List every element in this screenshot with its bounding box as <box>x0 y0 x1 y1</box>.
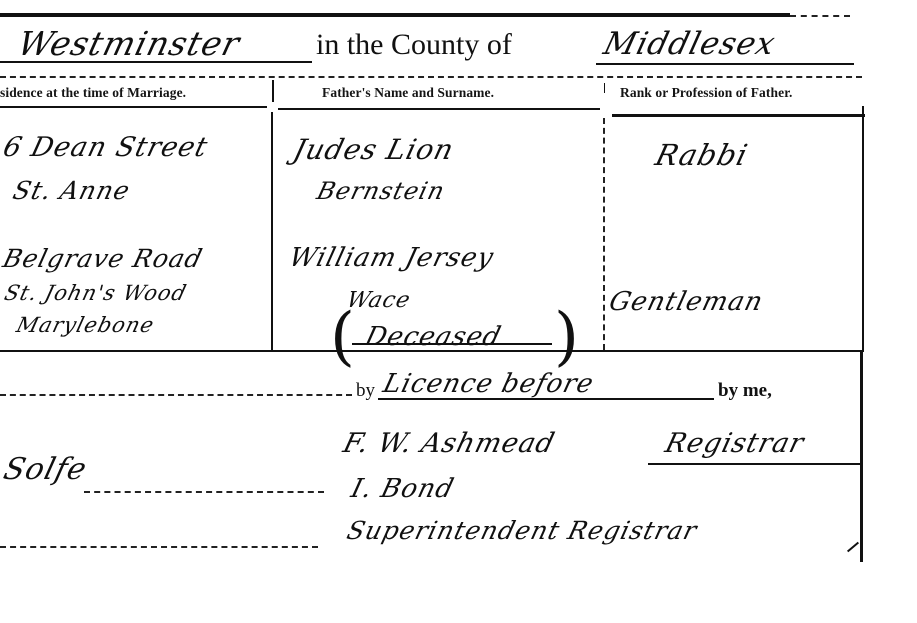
witness-name-fragment: Solfe <box>0 452 91 487</box>
ceremony-leader-dashes <box>0 394 352 396</box>
column-divider-2 <box>603 118 605 350</box>
superintendent-registrar-name: I. Bond <box>348 474 457 504</box>
column-header-father-profession: Rank or Profession of Father. <box>620 85 793 101</box>
column-header-residence: sidence at the time of Marriage. <box>0 85 186 101</box>
registrar-underline <box>648 463 862 465</box>
residence-line: St. John's Wood <box>2 281 189 305</box>
right-border-upper <box>862 106 864 350</box>
father-profession: Gentleman <box>606 287 766 317</box>
residence-line: 6 Dean Street <box>0 132 211 163</box>
father-name-line: Judes Lion <box>290 133 458 166</box>
header-separator <box>0 76 862 78</box>
father-deceased-note: Deceased <box>362 322 505 352</box>
ceremony-manner: Licence before <box>380 369 597 399</box>
header-bottom-rule-left <box>0 106 267 108</box>
ceremony-underline <box>378 398 714 400</box>
father-name-line: Bernstein <box>314 177 448 205</box>
column-divider-1 <box>271 112 273 350</box>
printed-in-the-county-of: in the County of <box>316 28 512 62</box>
corner-flourish <box>847 542 859 553</box>
header-bottom-rule-right <box>612 114 865 117</box>
deceased-open-paren: ( <box>330 305 355 369</box>
deceased-close-paren: ) <box>554 305 579 369</box>
header-bottom-rule-mid <box>278 108 600 110</box>
residence-line: St. Anne <box>10 176 133 205</box>
father-name-line: William Jersey <box>286 243 497 273</box>
registrar-name: F. W. Ashmead <box>340 428 558 459</box>
superintendent-registrar-title: Superintendent Registrar <box>344 516 700 545</box>
top-rule-faded <box>790 15 850 17</box>
district-handwritten: Westminster <box>14 24 244 63</box>
printed-by: by <box>356 380 375 402</box>
county-handwritten: Middlesex <box>600 26 779 62</box>
top-rule <box>0 13 790 17</box>
father-profession: Rabbi <box>652 138 752 172</box>
column-header-father-name: Father's Name and Surname. <box>322 85 494 101</box>
registrar-title: Registrar <box>662 428 808 459</box>
column-divider-2-header <box>604 83 605 93</box>
district-underline <box>0 61 312 63</box>
lower-leader-dashes <box>0 546 318 548</box>
residence-line: Marylebone <box>14 313 157 337</box>
column-divider-1-header <box>272 80 274 102</box>
residence-line: Belgrave Road <box>0 244 206 273</box>
right-border-lower <box>860 350 863 562</box>
deceased-underline <box>352 343 552 345</box>
witness-leader-dashes <box>84 491 324 493</box>
county-underline <box>596 63 854 65</box>
table-bottom-rule <box>0 350 864 352</box>
printed-by-me: by me, <box>718 380 772 402</box>
